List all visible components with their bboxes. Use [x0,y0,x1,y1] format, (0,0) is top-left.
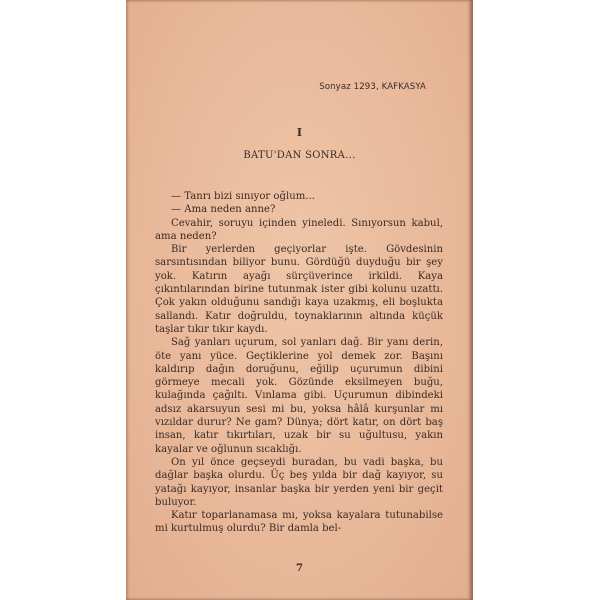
paragraph: — Ama neden anne? [155,203,443,216]
paragraph: Katır toparlanamasa mı, yoksa kayalara t… [155,509,443,536]
paragraph: Cevahir, soruyu içinden yineledi. Sınıyo… [155,217,443,244]
dateline: Sonyaz 1293, KAFKASYA [319,82,426,92]
paragraph: — Tanrı bizi sınıyor oğlum... [155,190,443,203]
book-page: Sonyaz 1293, KAFKASYA I BATU'DAN SONRA..… [126,0,473,600]
chapter-number: I [126,126,473,139]
paragraph: On yıl önce geçseydi buradan, bu vadi ba… [155,456,443,509]
body-text: — Tanrı bizi sınıyor oğlum... — Ama nede… [155,190,443,536]
page-number: 7 [126,563,473,574]
paragraph: Sağ yanları uçurum, sol yanları dağ. Bir… [155,336,443,456]
chapter-title: BATU'DAN SONRA... [126,150,473,161]
paragraph: Bir yerlerden geçiyorlar işte. Gövdesini… [155,243,443,336]
